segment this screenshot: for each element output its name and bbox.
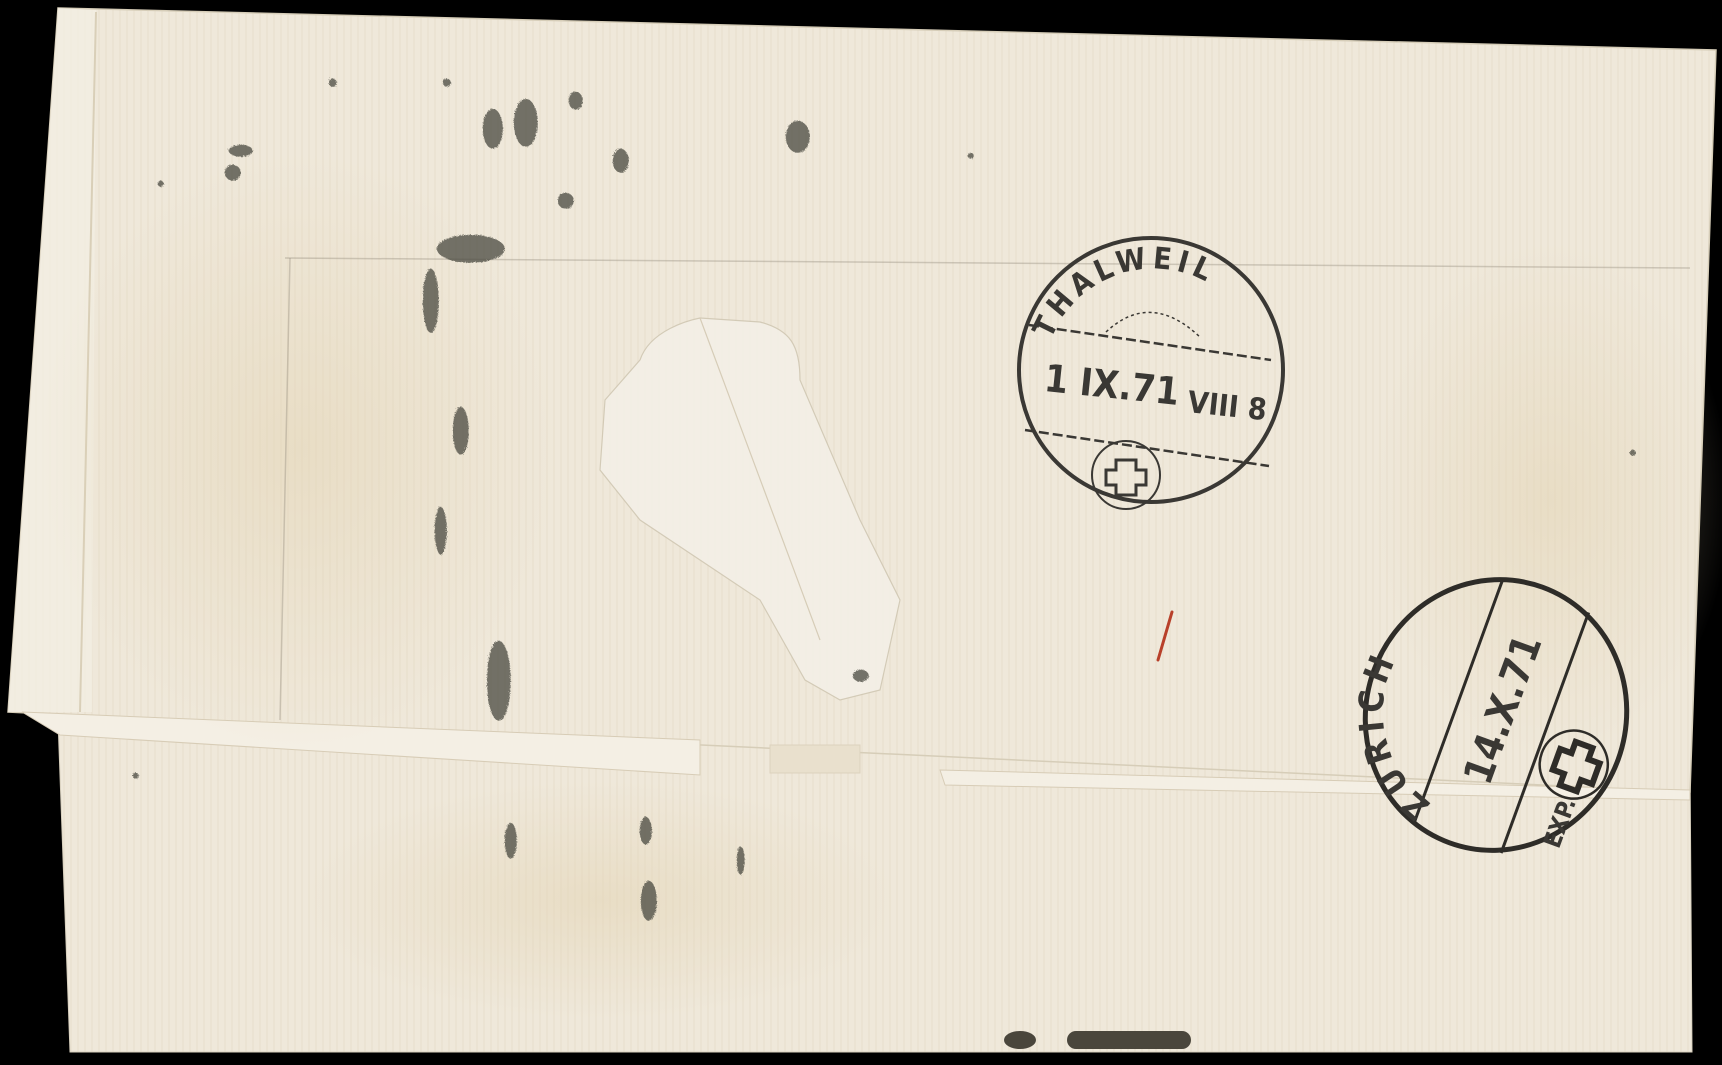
bottom-ink-smear xyxy=(1067,1031,1191,1049)
letter-scan: THALWEIL 1 IX.71 VIII 8 ZURICH 14.X.71 E… xyxy=(0,0,1722,1065)
scan-background: THALWEIL 1 IX.71 VIII 8 ZURICH 14.X.71 E… xyxy=(0,0,1722,1065)
bottom-ink-dot xyxy=(1004,1031,1036,1049)
